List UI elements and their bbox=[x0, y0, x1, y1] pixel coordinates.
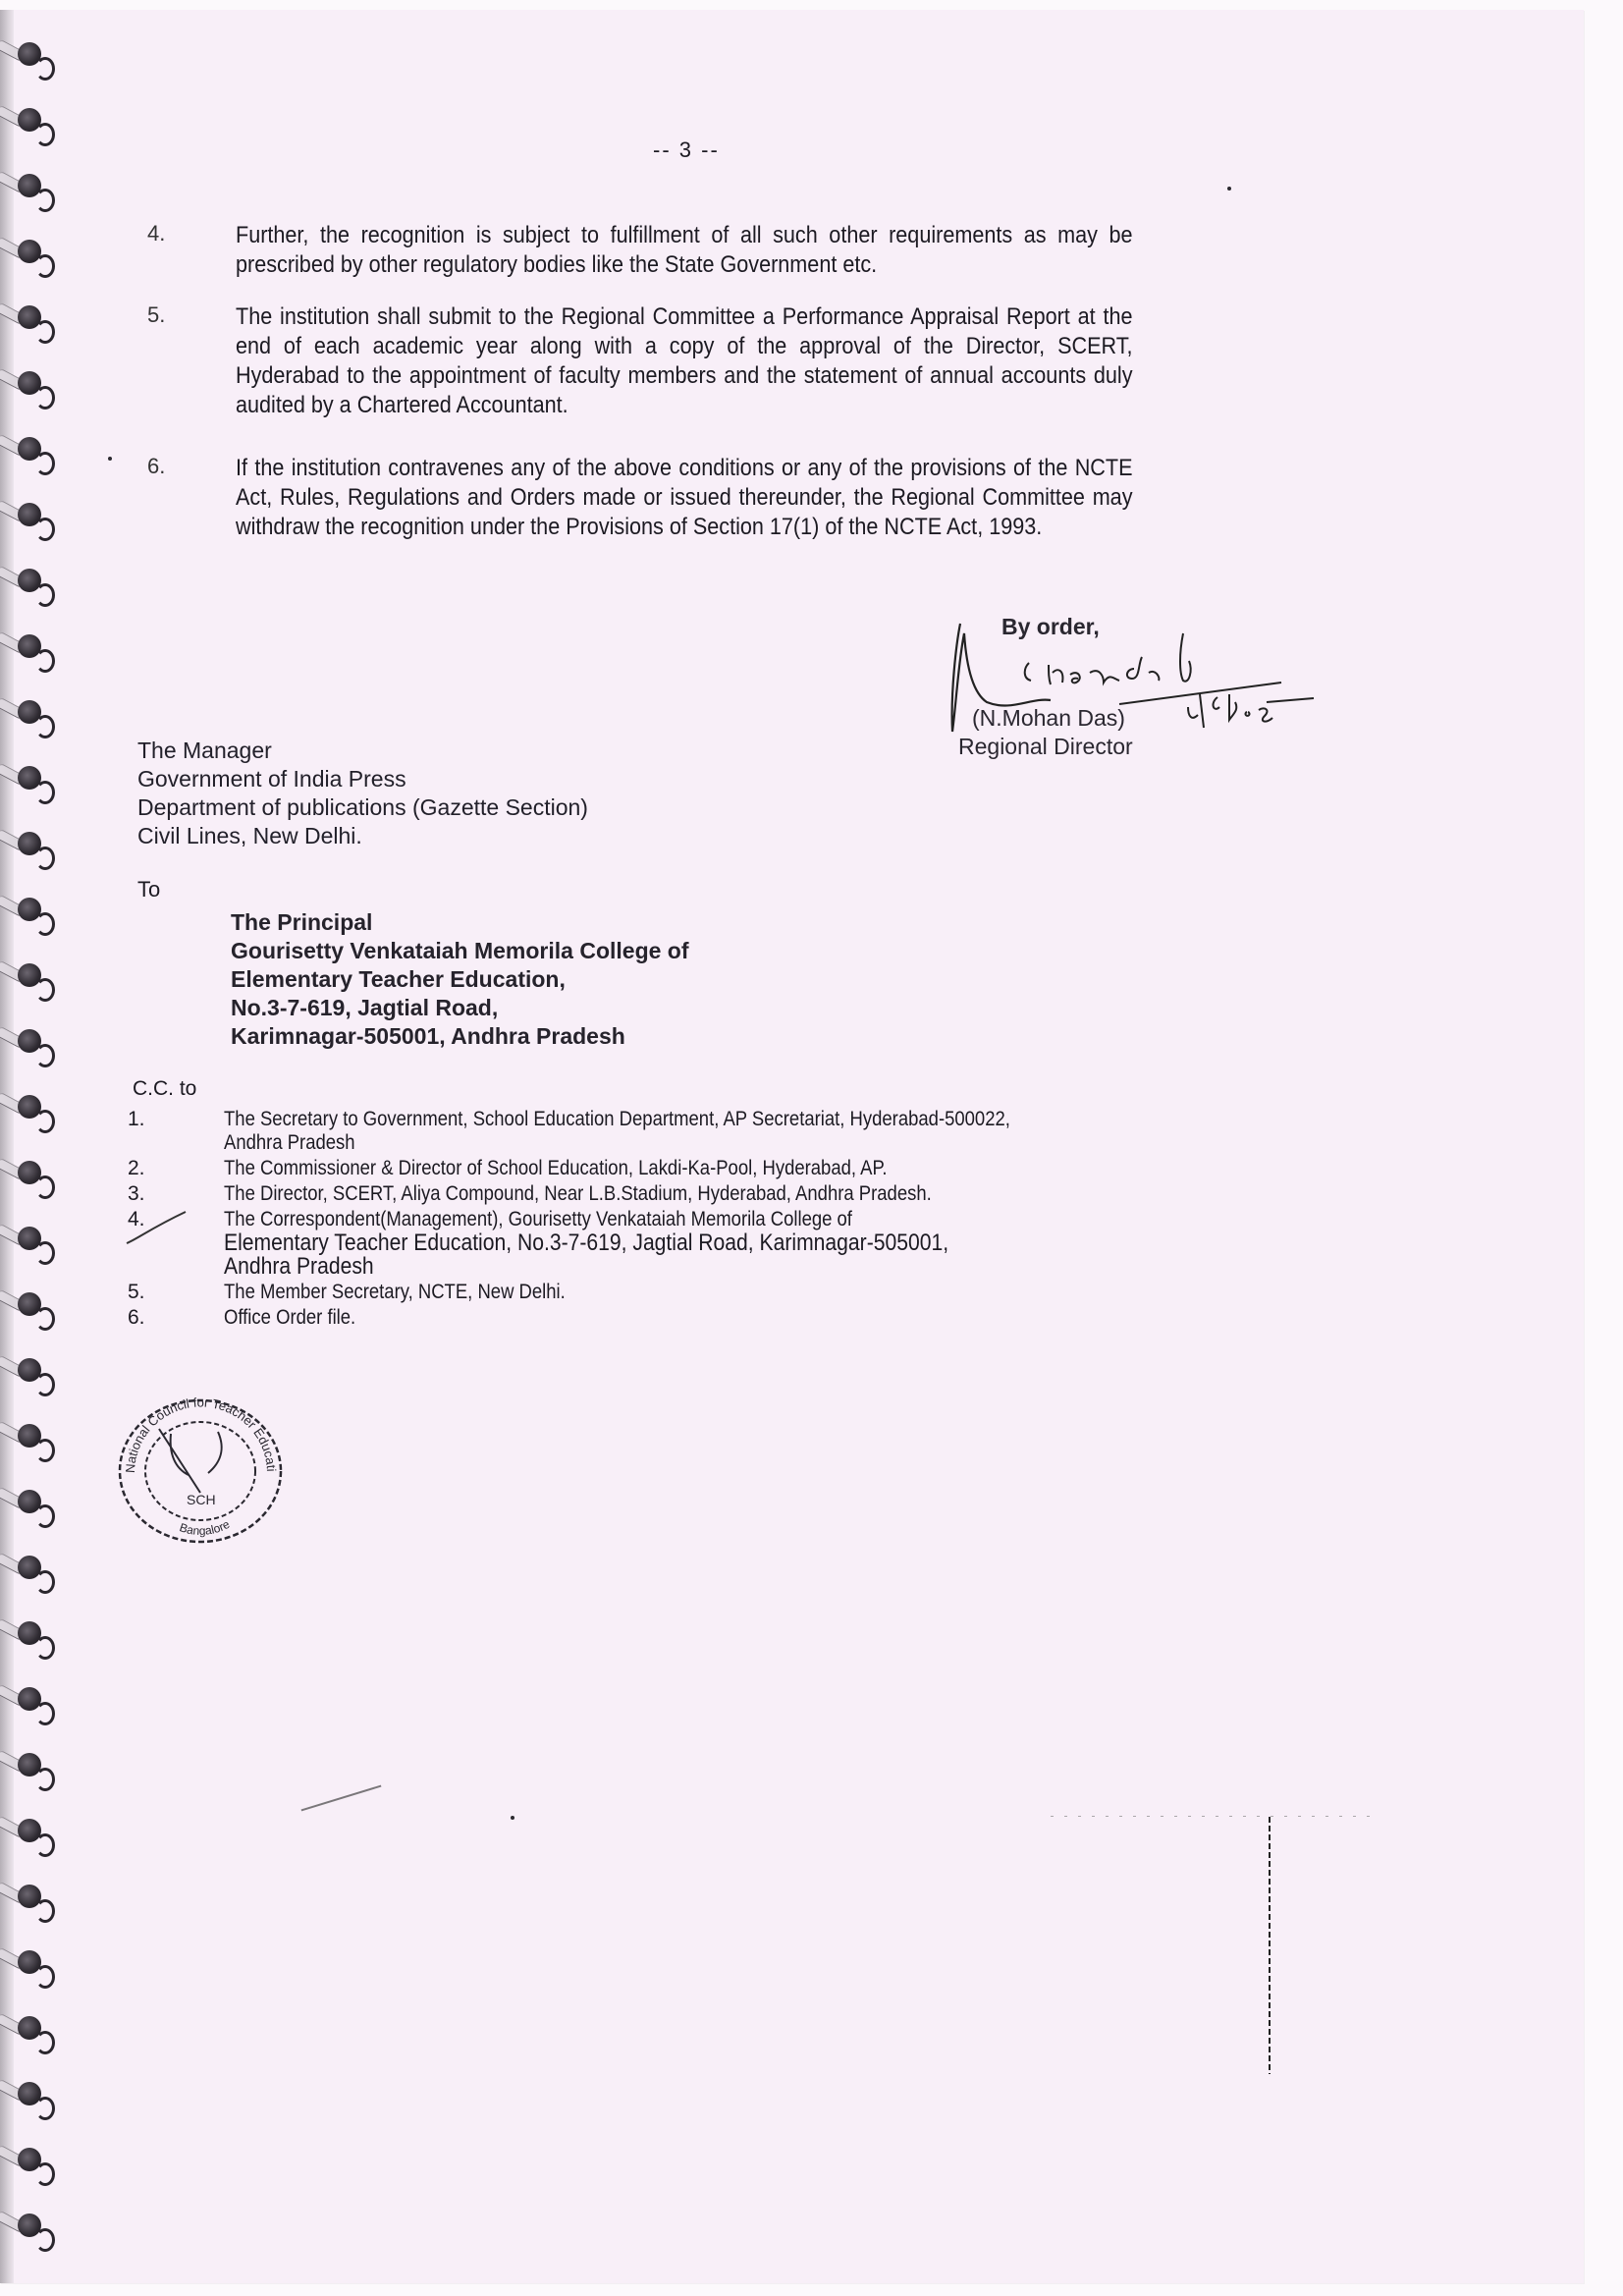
spiral-ring-icon bbox=[0, 1092, 59, 1131]
spiral-ring-icon bbox=[0, 1026, 59, 1066]
cc-list-item: 1.The Secretary to Government, School Ed… bbox=[128, 1108, 1117, 1155]
spiral-ring-icon bbox=[0, 1421, 59, 1460]
scan-speck bbox=[511, 1816, 514, 1820]
address-line: No.3-7-619, Jagtial Road, bbox=[231, 994, 689, 1022]
tick-mark bbox=[123, 1210, 191, 1249]
cc-list-item: 2.The Commissioner & Director of School … bbox=[128, 1157, 1117, 1180]
address-line: Civil Lines, New Delhi. bbox=[137, 822, 588, 850]
cc-item-text: Andhra Pradesh bbox=[224, 1131, 1010, 1155]
address-line: Government of India Press bbox=[137, 765, 588, 793]
spiral-ring-icon bbox=[0, 2211, 59, 2250]
address-line: Karimnagar-505001, Andhra Pradesh bbox=[231, 1022, 689, 1051]
spiral-ring-icon bbox=[0, 1553, 59, 1592]
spiral-ring-icon bbox=[0, 302, 59, 342]
to-address: The Principal Gourisetty Venkataiah Memo… bbox=[231, 908, 689, 1051]
signatory-title: Regional Director bbox=[958, 734, 1133, 760]
spiral-ring-icon bbox=[0, 960, 59, 1000]
cc-item-number: 2. bbox=[128, 1157, 167, 1180]
to-label: To bbox=[137, 877, 160, 902]
spiral-ring-icon bbox=[0, 895, 59, 934]
paragraph-text: If the institution contravenes any of th… bbox=[236, 454, 1133, 542]
paragraph-number: 4. bbox=[147, 221, 165, 246]
spiral-ring-icon bbox=[0, 1816, 59, 1855]
address-line: Gourisetty Venkataiah Memorila College o… bbox=[231, 937, 689, 965]
spiral-ring-icon bbox=[0, 2013, 59, 2052]
address-line: Department of publications (Gazette Sect… bbox=[137, 793, 588, 822]
spiral-ring-icon bbox=[0, 171, 59, 210]
page-number: -- 3 -- bbox=[653, 137, 720, 163]
spiral-ring-icon bbox=[0, 1487, 59, 1526]
signatory-name: (N.Mohan Das) bbox=[972, 705, 1125, 732]
cc-item-text: The Correspondent(Management), Gourisett… bbox=[224, 1208, 1010, 1231]
spiral-ring-icon bbox=[0, 105, 59, 144]
cc-item-text: The Secretary to Government, School Educ… bbox=[224, 1108, 1010, 1131]
spiral-ring-icon bbox=[0, 1882, 59, 1921]
scan-speck bbox=[108, 457, 112, 461]
spiral-ring-icon bbox=[0, 763, 59, 802]
spiral-ring-icon bbox=[0, 1618, 59, 1658]
address-line: The Principal bbox=[231, 908, 689, 937]
spiral-ring-icon bbox=[0, 368, 59, 408]
spiral-ring-icon bbox=[0, 631, 59, 671]
paragraph-6: If the institution contravenes any of th… bbox=[236, 454, 1133, 542]
spiral-ring-icon bbox=[0, 697, 59, 737]
spiral-ring-icon bbox=[0, 434, 59, 473]
cc-item-text: The Director, SCERT, Aliya Compound, Nea… bbox=[224, 1182, 1010, 1206]
spiral-binding bbox=[0, 10, 14, 2283]
cc-list-item: 5.The Member Secretary, NCTE, New Delhi. bbox=[128, 1281, 1117, 1304]
spiral-ring-icon bbox=[0, 1750, 59, 1789]
paragraph-number: 5. bbox=[147, 302, 165, 328]
cc-list-item: 6.Office Order file. bbox=[128, 1306, 1117, 1330]
spiral-ring-icon bbox=[0, 39, 59, 79]
spiral-ring-icon bbox=[0, 1289, 59, 1329]
spiral-ring-icon bbox=[0, 1684, 59, 1723]
cc-item-text: Office Order file. bbox=[224, 1306, 1010, 1330]
spiral-ring-icon bbox=[0, 2079, 59, 2118]
scan-artifact-line bbox=[1051, 1816, 1375, 1817]
cc-item-text: Andhra Pradesh bbox=[224, 1255, 1010, 1279]
cc-item-number: 1. bbox=[128, 1108, 167, 1131]
cc-item-text: The Member Secretary, NCTE, New Delhi. bbox=[224, 1281, 1010, 1304]
cc-label: C.C. to bbox=[133, 1077, 196, 1101]
spiral-ring-icon bbox=[0, 237, 59, 276]
cc-item-number: 5. bbox=[128, 1281, 167, 1304]
paragraph-text: Further, the recognition is subject to f… bbox=[236, 221, 1133, 280]
address-line: Elementary Teacher Education, bbox=[231, 965, 689, 994]
spiral-ring-icon bbox=[0, 566, 59, 605]
spiral-ring-icon bbox=[0, 1947, 59, 1987]
spiral-ring-icon bbox=[0, 1158, 59, 1197]
scan-speck bbox=[1227, 187, 1231, 191]
paragraph-text: The institution shall submit to the Regi… bbox=[236, 302, 1133, 420]
from-address: The Manager Government of India Press De… bbox=[137, 737, 588, 850]
svg-text:SCH: SCH bbox=[187, 1492, 216, 1507]
spiral-ring-icon bbox=[0, 1355, 59, 1394]
cc-list: 1.The Secretary to Government, School Ed… bbox=[128, 1108, 1117, 1332]
svg-text:Bangalore: Bangalore bbox=[178, 1517, 232, 1538]
by-order-label: By order, bbox=[1001, 614, 1100, 640]
spiral-ring-icon bbox=[0, 500, 59, 539]
paragraph-number: 6. bbox=[147, 454, 165, 479]
address-line: The Manager bbox=[137, 737, 588, 765]
cc-item-text: Elementary Teacher Education, No.3-7-619… bbox=[224, 1231, 1010, 1255]
scan-artifact-vertical-line bbox=[1269, 1817, 1271, 2074]
official-seal: National Council for Teacher Education B… bbox=[110, 1385, 292, 1552]
spiral-ring-icon bbox=[0, 1224, 59, 1263]
cc-item-number: 6. bbox=[128, 1306, 167, 1330]
cc-item-text: The Commissioner & Director of School Ed… bbox=[224, 1157, 1010, 1180]
paragraph-5: The institution shall submit to the Regi… bbox=[236, 302, 1133, 420]
cc-item-number: 3. bbox=[128, 1182, 167, 1206]
paragraph-4: Further, the recognition is subject to f… bbox=[236, 221, 1133, 280]
cc-list-item: 4.The Correspondent(Management), Gourise… bbox=[128, 1208, 1117, 1279]
spiral-ring-icon bbox=[0, 2145, 59, 2184]
spiral-ring-icon bbox=[0, 829, 59, 868]
cc-list-item: 3.The Director, SCERT, Aliya Compound, N… bbox=[128, 1182, 1117, 1206]
